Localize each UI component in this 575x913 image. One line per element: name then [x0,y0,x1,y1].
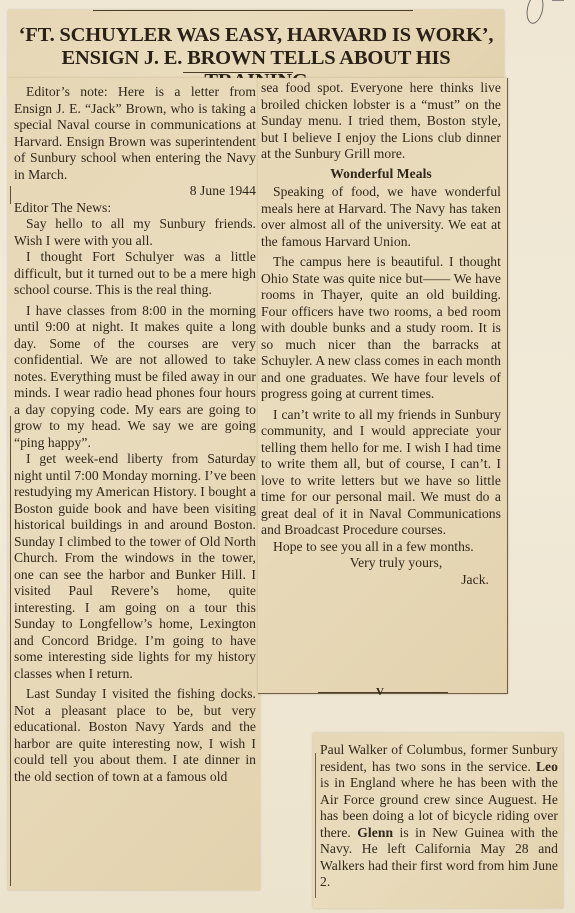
headline-rule-bottom [183,72,293,73]
article-column-left: Editor’s note: Here is a letter from Ens… [8,78,260,890]
paragraph: I can’t write to all my friends in Sunbu… [261,407,501,539]
paragraph: The campus here is beautiful. I thought … [261,254,501,403]
name-leo: Leo [536,759,558,774]
handwritten-mark [524,0,546,25]
paragraph: sea food spot. Everyone here thinks live… [261,80,501,163]
handwritten-mark-tail [552,0,564,4]
editor-note: Editor’s note: Here is a letter from Ens… [14,84,256,183]
paragraph: I have classes from 8:00 in the morning … [14,303,256,452]
dateline: 8 June 1944 [14,183,256,200]
subheading: Wonderful Meals [261,166,501,183]
walker-paragraph: Paul Walker of Columbus, former Sunbury … [320,742,558,891]
headline-line-1: ‘FT. SCHUYLER WAS EASY, HARVARD IS WORK’… [19,24,494,46]
salutation: Editor The News: [14,200,256,217]
paragraph: Hope to see you all in a few months. [261,539,501,556]
paragraph: I get week-end liberty from Saturday nig… [14,451,256,682]
paragraph: I thought Fort Schulyer was a little dif… [14,249,256,299]
paragraph: Last Sunday I visited the fishing docks.… [14,686,256,785]
column-rule [10,416,11,886]
clipping-edge [315,753,316,898]
headline-clipping: ‘FT. SCHUYLER WAS EASY, HARVARD IS WORK’… [8,10,504,78]
paragraph: Speaking of food, we have wonderful meal… [261,184,501,250]
walker-clipping: Paul Walker of Columbus, former Sunbury … [313,733,563,908]
column-rule [10,186,11,204]
paragraph: Say hello to all my Sunbury friends. Wis… [14,216,256,249]
headline-rule-top [93,10,413,11]
text-span: Paul Walker of Columbus, former Sunbury … [320,742,558,774]
end-mark: V [376,686,384,698]
name-glenn: Glenn [357,825,393,840]
closing: Very truly yours, [261,555,501,572]
signature: Jack. [261,572,501,589]
article-column-right: sea food spot. Everyone here thinks live… [258,78,508,694]
